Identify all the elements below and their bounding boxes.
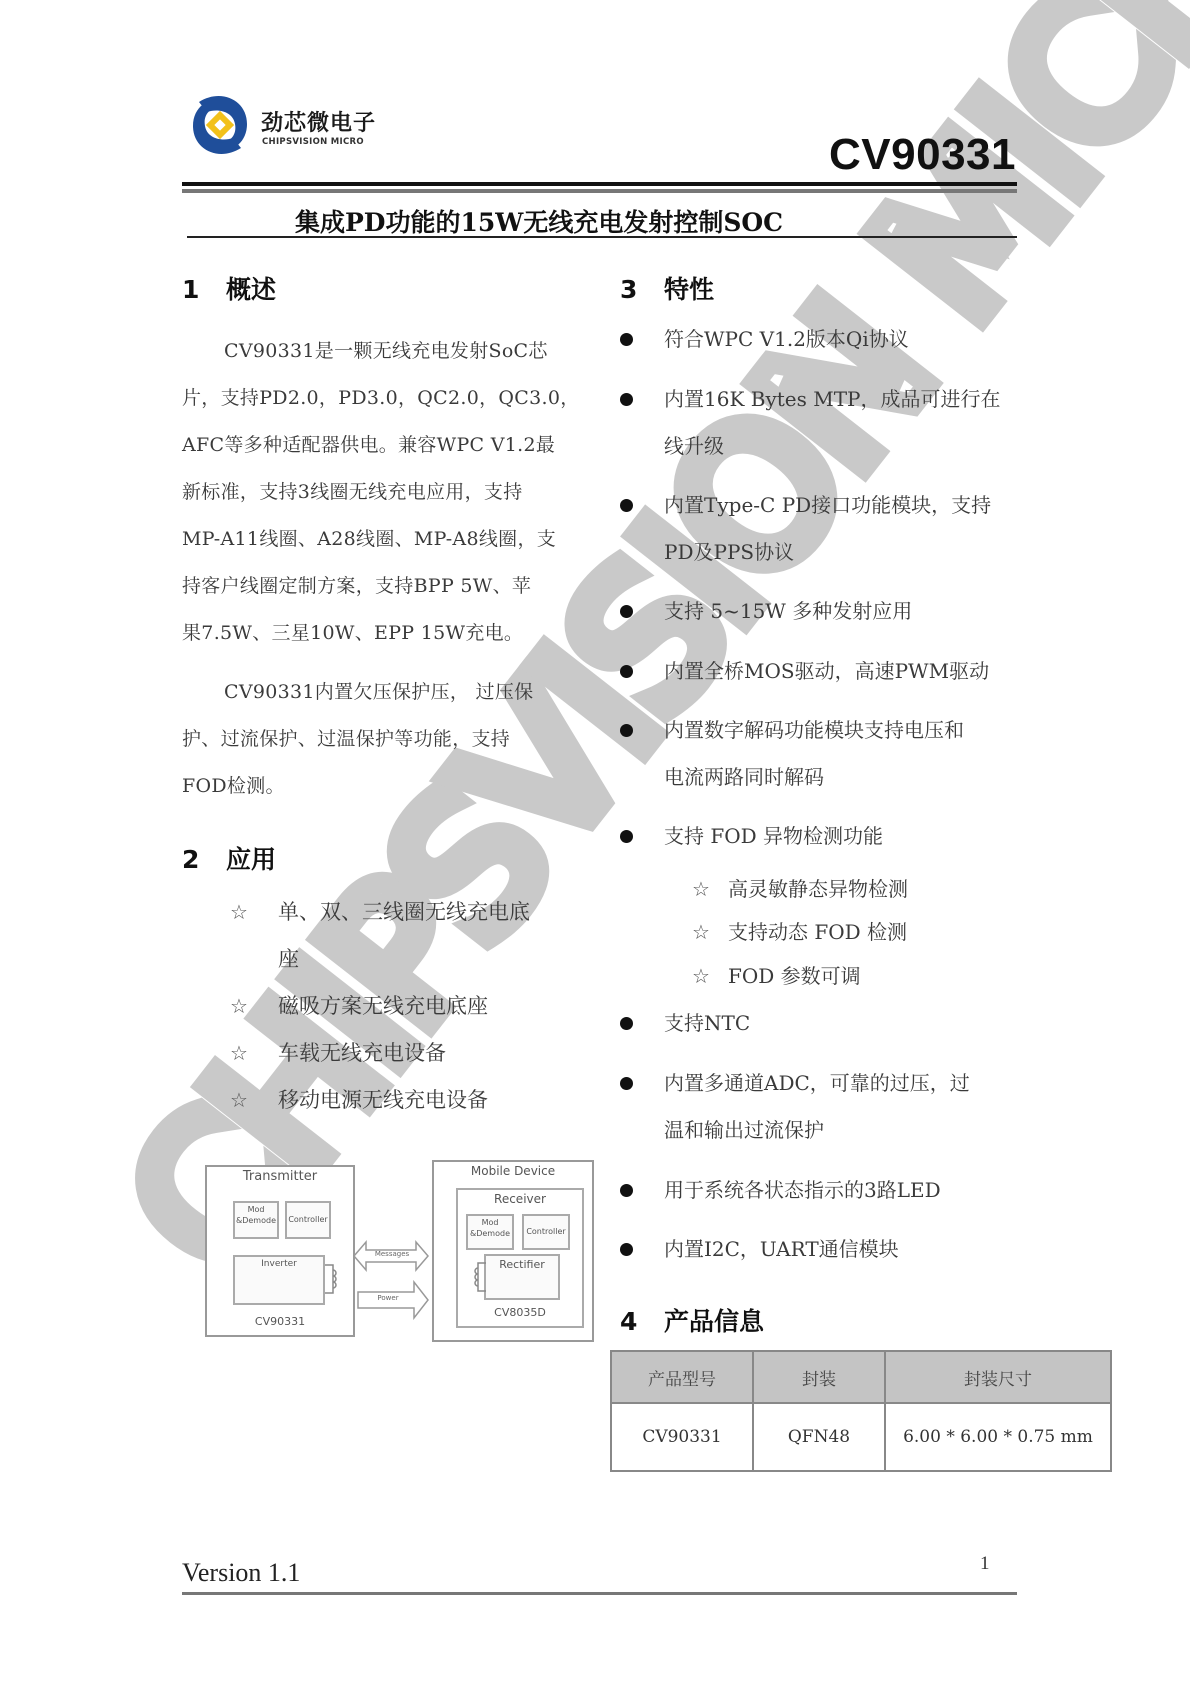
section-title: 特性 xyxy=(664,275,714,304)
star-bullet-icon: ☆ xyxy=(692,964,728,988)
feature-subitem: ☆高灵敏静态异物检测 xyxy=(692,873,908,902)
receiver-chip-label: CV8035D xyxy=(458,1306,582,1319)
section-title: 产品信息 xyxy=(664,1307,764,1336)
overview-line: CV90331内置欠压保护压， 过压保 xyxy=(182,669,582,716)
feature-text: 支持 FOD 异物检测功能 xyxy=(664,813,1024,860)
section-number: 4 xyxy=(620,1307,664,1336)
power-label: Power xyxy=(360,1294,416,1302)
company-logo: 劲芯微电子 CHIPSVISION MICRO xyxy=(183,88,403,163)
feature-subitem: ☆FOD 参数可调 xyxy=(692,960,861,989)
overview-line: AFC等多种适配器供电。兼容WPC V1.2最 xyxy=(182,422,582,469)
overview-line: MP-A11线圈、A28线圈、MP-A8线圈，支 xyxy=(182,516,582,563)
bullet-icon xyxy=(620,1017,633,1030)
block-label: Mod xyxy=(235,1205,277,1214)
transmitter-title: Transmitter xyxy=(207,1169,353,1184)
feature-text: 内置数字解码功能模块支持电压和电流两路同时解码 xyxy=(664,707,1024,801)
bullet-icon xyxy=(620,830,633,843)
feature-line: 温和输出过流保护 xyxy=(664,1107,1024,1154)
feature-text: 内置全桥MOS驱动，高速PWM驱动 xyxy=(664,648,1024,695)
table-cell: 6.00 * 6.00 * 0.75 mm xyxy=(885,1403,1111,1471)
feature-text: 支持NTC xyxy=(664,1000,1024,1047)
rx-rectifier-block: Rectifier xyxy=(484,1254,560,1300)
table-header-row: 产品型号 封装 封装尺寸 xyxy=(611,1351,1111,1403)
page-number: 1 xyxy=(980,1553,990,1575)
tx-coil-icon xyxy=(325,1262,341,1296)
feature-line: 内置Type-C PD接口功能模块，支持 xyxy=(664,482,1024,529)
block-label: &Demode xyxy=(468,1229,512,1238)
block-label: &Demode xyxy=(235,1216,277,1225)
feature-text: 内置I2C，UART通信模块 xyxy=(664,1226,1024,1273)
overview-line: FOD检测。 xyxy=(182,763,582,810)
star-bullet-icon: ☆ xyxy=(230,900,278,924)
application-text: 车载无线充电设备 xyxy=(278,1041,446,1065)
receiver-title: Receiver xyxy=(458,1192,582,1206)
feature-line: 电流两路同时解码 xyxy=(664,754,1024,801)
rx-coil-icon xyxy=(470,1260,486,1294)
product-info-table: 产品型号 封装 封装尺寸 CV90331 QFN48 6.00 * 6.00 *… xyxy=(610,1350,1112,1472)
transmitter-box: Transmitter Mod &Demode Controller Inver… xyxy=(205,1165,355,1337)
feature-text: 支持 5~15W 多种发射应用 xyxy=(664,588,1024,635)
footer-rule xyxy=(182,1592,1017,1595)
application-item: ☆磁吸方案无线充电底座 xyxy=(230,990,488,1020)
application-item: ☆车载无线充电设备 xyxy=(230,1037,446,1067)
table-cell: CV90331 xyxy=(611,1403,753,1471)
version-label: Version 1.1 xyxy=(182,1558,300,1588)
overview-line: 新标准，支持3线圈无线充电应用，支持 xyxy=(182,469,582,516)
block-label: Rectifier xyxy=(486,1258,558,1271)
section-title: 概述 xyxy=(226,275,276,304)
feature-text: 内置多通道ADC，可靠的过压，过温和输出过流保护 xyxy=(664,1060,1024,1154)
overview-line: 果7.5W、三星10W、EPP 15W充电。 xyxy=(182,610,582,657)
tx-inverter-block: Inverter xyxy=(233,1255,325,1305)
application-text: 移动电源无线充电设备 xyxy=(278,1088,488,1112)
bullet-icon xyxy=(620,333,633,346)
header-rule xyxy=(182,182,1017,186)
feature-line: 内置多通道ADC，可靠的过压，过 xyxy=(664,1060,1024,1107)
feature-subitem-text: FOD 参数可调 xyxy=(728,964,861,988)
section-title: 应用 xyxy=(226,845,276,874)
feature-line: 内置16K Bytes MTP，成品可进行在 xyxy=(664,376,1024,423)
star-bullet-icon: ☆ xyxy=(230,994,278,1018)
rx-controller-block: Controller xyxy=(522,1214,570,1250)
bullet-icon xyxy=(620,499,633,512)
star-bullet-icon: ☆ xyxy=(692,877,728,901)
feature-text: 内置Type-C PD接口功能模块，支持PD及PPS协议 xyxy=(664,482,1024,576)
messages-label: Messages xyxy=(370,1250,414,1258)
feature-text: 符合WPC V1.2版本Qi协议 xyxy=(664,316,1024,363)
overview-line: CV90331是一颗无线充电发射SoC芯 xyxy=(182,328,582,375)
feature-subitem: ☆支持动态 FOD 检测 xyxy=(692,916,907,945)
document-title: 集成PD功能的15W无线充电发射控制SOC xyxy=(295,203,783,239)
table-header-cell: 产品型号 xyxy=(611,1351,753,1403)
feature-line: 内置数字解码功能模块支持电压和 xyxy=(664,707,1024,754)
overview-text: CV90331是一颗无线充电发射SoC芯 片，支持PD2.0，PD3.0，QC2… xyxy=(182,328,582,810)
bullet-icon xyxy=(620,1243,633,1256)
bullet-icon xyxy=(620,1077,633,1090)
section-heading-overview: 1概述 xyxy=(182,270,276,306)
application-text: 磁吸方案无线充电底座 xyxy=(278,994,488,1018)
feature-subitem-text: 支持动态 FOD 检测 xyxy=(728,920,907,944)
bullet-icon xyxy=(620,724,633,737)
rx-mod-demod-block: Mod &Demode xyxy=(466,1214,514,1250)
section-number: 1 xyxy=(182,275,226,304)
star-bullet-icon: ☆ xyxy=(230,1041,278,1065)
table-cell: QFN48 xyxy=(753,1403,885,1471)
table-header-cell: 封装 xyxy=(753,1351,885,1403)
bullet-icon xyxy=(620,605,633,618)
logo-english-name: CHIPSVISION MICRO xyxy=(262,137,364,147)
section-heading-features: 3特性 xyxy=(620,270,714,306)
star-bullet-icon: ☆ xyxy=(230,1088,278,1112)
overview-line: 片，支持PD2.0，PD3.0，QC2.0，QC3.0， xyxy=(182,375,582,422)
section-heading-applications: 2应用 xyxy=(182,840,276,876)
bullet-icon xyxy=(620,393,633,406)
feature-subitem-text: 高灵敏静态异物检测 xyxy=(728,877,908,901)
section-number: 2 xyxy=(182,845,226,874)
block-label: Inverter xyxy=(235,1259,323,1269)
section-number: 3 xyxy=(620,275,664,304)
table-row: CV90331 QFN48 6.00 * 6.00 * 0.75 mm xyxy=(611,1403,1111,1471)
transmitter-chip-label: CV90331 xyxy=(207,1315,353,1328)
tx-mod-demod-block: Mod &Demode xyxy=(233,1201,279,1239)
overview-line: 护、过流保护、过温保护等功能，支持 xyxy=(182,716,582,763)
application-item-continuation: 座 xyxy=(278,943,299,973)
application-item: ☆单、双、三线圈无线充电底 xyxy=(230,896,530,926)
mobile-device-box: Mobile Device Receiver Mod &Demode Contr… xyxy=(432,1160,594,1342)
application-text: 单、双、三线圈无线充电底 xyxy=(278,900,530,924)
part-number: CV90331 xyxy=(829,130,1016,180)
star-bullet-icon: ☆ xyxy=(692,920,728,944)
receiver-box: Receiver Mod &Demode Controller Rectifie… xyxy=(456,1188,584,1328)
block-label: Mod xyxy=(468,1218,512,1227)
feature-text: 内置16K Bytes MTP，成品可进行在线升级 xyxy=(664,376,1024,470)
title-underline xyxy=(187,236,1017,238)
overview-line: 持客户线圈定制方案，支持BPP 5W、苹 xyxy=(182,563,582,610)
feature-text: 用于系统各状态指示的3路LED xyxy=(664,1167,1024,1214)
feature-line: 线升级 xyxy=(664,423,1024,470)
application-item: ☆移动电源无线充电设备 xyxy=(230,1084,488,1114)
header-rule-gray xyxy=(182,189,1017,193)
logo-mark-icon xyxy=(183,90,257,160)
bullet-icon xyxy=(620,665,633,678)
block-label: Controller xyxy=(524,1227,568,1236)
block-label: Controller xyxy=(287,1215,329,1224)
bullet-icon xyxy=(620,1184,633,1197)
tx-controller-block: Controller xyxy=(285,1201,331,1239)
table-header-cell: 封装尺寸 xyxy=(885,1351,1111,1403)
logo-chinese-name: 劲芯微电子 xyxy=(261,106,376,137)
mobile-device-title: Mobile Device xyxy=(434,1164,592,1178)
section-heading-product-info: 4产品信息 xyxy=(620,1302,764,1338)
feature-line: PD及PPS协议 xyxy=(664,529,1024,576)
